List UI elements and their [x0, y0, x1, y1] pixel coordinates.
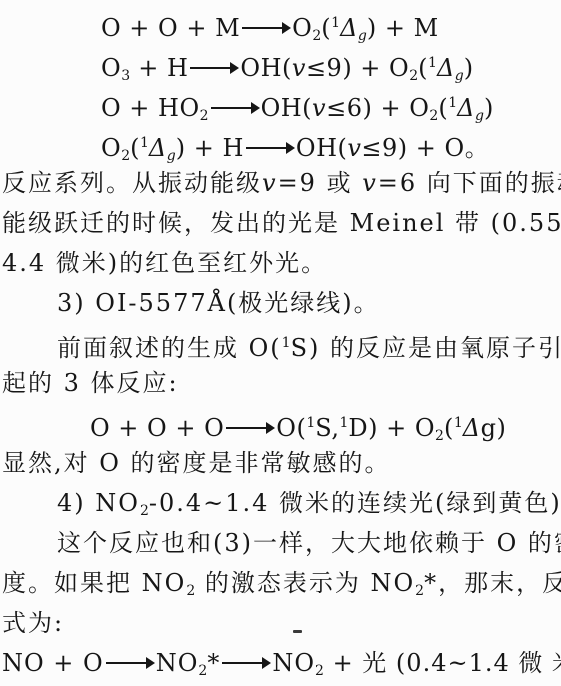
text-segment: O	[101, 54, 121, 82]
text-segment: Δ	[457, 94, 475, 122]
text-segment: D) + O	[348, 414, 435, 442]
text-segment: 1	[454, 415, 463, 431]
text-segment: 2	[121, 148, 130, 164]
equation-o2-h: O2(1Δg) + HOH(v≤9) + O。	[0, 123, 561, 163]
text-segment: ≤9) + O	[306, 54, 409, 82]
text-segment: Δ	[149, 134, 167, 162]
text-segment: 这个反应也和(3)一样，大大地依赖于 O 的密	[57, 529, 561, 557]
text-segment: -0.4~1.4 微米的连续光(绿到黄色)。	[149, 489, 561, 517]
text-segment: v	[262, 169, 278, 197]
text-segment: g	[455, 68, 464, 84]
text-segment: g	[475, 108, 484, 124]
text-line: 度。如果把 NO2 的激态表示为 NO2*，那末，反应	[0, 563, 561, 603]
text-segment: OH(	[261, 94, 312, 122]
long-right-arrow-icon	[241, 15, 291, 39]
text-segment: NO	[156, 649, 199, 677]
long-right-arrow-icon	[245, 135, 295, 159]
page: O + O + MO2(1Δg) + MO3 + HOH(v≤9) + O2(1…	[0, 0, 561, 686]
text-segment: 度。如果把 NO	[2, 569, 186, 597]
equation-no-o: NO + ONO2*NO2 + 光 (0.4~1.4 微 米),	[0, 643, 561, 683]
text-segment: )	[484, 94, 494, 122]
text-segment: 起的 3 体反应:	[2, 369, 179, 397]
text-segment: v	[292, 54, 306, 82]
text-segment: )	[464, 54, 474, 82]
text-segment: 1	[428, 55, 437, 71]
text-segment: S,	[315, 414, 339, 442]
text-segment: 3	[121, 68, 130, 84]
equation-o-ho2: O + HO2OH(v≤6) + O2(1Δg)	[0, 83, 561, 123]
equation-o3-h: O3 + HOH(v≤9) + O2(1Δg)	[0, 43, 561, 83]
text-line: 4.4 微米)的红色至红外光。	[0, 243, 561, 283]
text-segment: 4) NO	[57, 489, 140, 517]
text-segment: 4.4 微米)的红色至红外光。	[2, 249, 327, 277]
text-segment: + H	[130, 54, 188, 82]
text-line: 式为:	[0, 603, 561, 643]
text-segment: 1	[306, 415, 315, 431]
text-segment: 3) OI-5577Å(极光绿线)。	[57, 289, 380, 317]
text-segment: 2	[200, 108, 209, 124]
text-segment: O + O + O	[90, 414, 224, 442]
text-segment: 2	[198, 663, 207, 679]
text-line: 前面叙述的生成 O(1S) 的反应是由氧原子引	[0, 323, 561, 363]
text-segment: NO	[272, 649, 315, 677]
text-segment: Δ	[437, 54, 455, 82]
text-segment: 2	[140, 503, 149, 519]
text-segment: 能级跃迁的时候，发出的光是 Meinel 带 (0.55~	[2, 209, 561, 237]
text-segment: 前面叙述的生成 O(	[57, 334, 282, 362]
long-right-arrow-icon	[225, 415, 275, 439]
text-line: 这个反应也和(3)一样，大大地依赖于 O 的密	[0, 523, 561, 563]
text-segment: O + O + M	[101, 14, 240, 42]
text-segment: 2	[415, 583, 424, 599]
text-segment: v	[362, 169, 378, 197]
text-segment: =6 向下面的振动	[378, 169, 561, 197]
text-segment: *，那末，反应	[424, 569, 561, 597]
text-segment: (	[444, 414, 454, 442]
ink-speck	[293, 630, 302, 633]
text-segment: ≤9) + O。	[361, 134, 489, 162]
text-segment: (	[130, 134, 140, 162]
text-segment: S) 的反应是由氧原子引	[291, 334, 561, 362]
text-segment: g	[358, 28, 367, 44]
text-segment: =9 或	[278, 169, 363, 197]
list-item-3: 3) OI-5577Å(极光绿线)。	[0, 283, 561, 323]
equation-o-o-m: O + O + MO2(1Δg) + M	[0, 3, 561, 43]
text-segment: 2	[186, 583, 195, 599]
text-segment: ) + H	[176, 134, 244, 162]
text-segment: 2	[435, 428, 444, 444]
text-segment: 2	[409, 68, 418, 84]
text-segment: 1	[140, 135, 149, 151]
text-segment: 2	[312, 28, 321, 44]
long-right-arrow-icon	[221, 650, 271, 674]
text-segment: 式为:	[2, 609, 64, 637]
text-segment: Δ	[340, 14, 358, 42]
text-segment: v	[347, 134, 361, 162]
text-segment: NO + O	[2, 649, 104, 677]
text-segment: ) + M	[367, 14, 439, 42]
text-segment: v	[312, 94, 326, 122]
text-line: 反应系列。从振动能级v=9 或 v=6 向下面的振动	[0, 163, 561, 203]
text-segment: 2	[315, 663, 324, 679]
text-segment: O + HO	[101, 94, 200, 122]
text-segment: OH(	[240, 54, 291, 82]
list-item-4: 4) NO2-0.4~1.4 微米的连续光(绿到黄色)。	[0, 483, 561, 523]
text-segment: OH(	[296, 134, 347, 162]
text-segment: 显然,对 O 的密度是非常敏感的。	[2, 449, 391, 477]
long-right-arrow-icon	[105, 650, 155, 674]
text-segment: (	[438, 94, 448, 122]
text-segment: O	[292, 14, 312, 42]
text-segment: (	[418, 54, 428, 82]
text-segment: O	[101, 134, 121, 162]
text-line: 起的 3 体反应:	[0, 363, 561, 403]
text-line: 能级跃迁的时候，发出的光是 Meinel 带 (0.55~	[0, 203, 561, 243]
long-right-arrow-icon	[210, 95, 260, 119]
text-segment: *	[207, 649, 220, 677]
text-segment: 1	[448, 95, 457, 111]
text-segment: O(	[276, 414, 306, 442]
text-segment: 1	[331, 15, 340, 31]
text-segment: ≤6) + O	[326, 94, 429, 122]
text-segment: 2	[429, 108, 438, 124]
text-segment: + 光 (0.4~1.4 微 米),	[324, 649, 561, 677]
text-segment: 反应系列。从振动能级	[2, 169, 262, 197]
text-segment: Δ	[463, 414, 481, 442]
text-segment: (	[321, 14, 331, 42]
text-segment: 的激态表示为 NO	[195, 569, 415, 597]
text-segment: g	[167, 148, 176, 164]
text-line: 显然,对 O 的密度是非常敏感的。	[0, 443, 561, 483]
text-segment: 1	[282, 335, 291, 351]
equation-three-body: O + O + OO(1S,1D) + O2(1Δg)	[0, 403, 561, 443]
long-right-arrow-icon	[189, 55, 239, 79]
text-segment: g)	[481, 414, 507, 442]
